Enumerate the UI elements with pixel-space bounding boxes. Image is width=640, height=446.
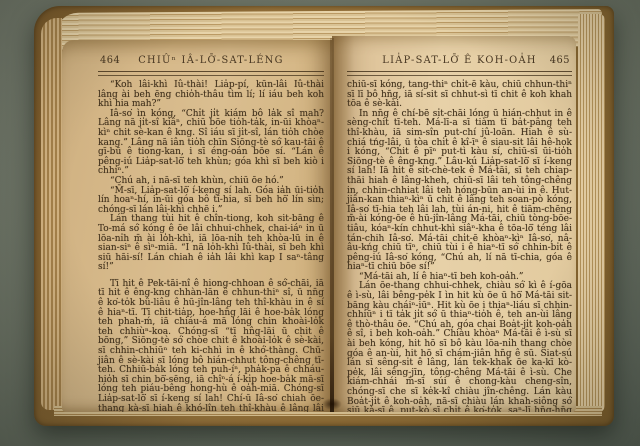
paragraph: In nn̄g ê chí-bē si̍t-chāi lóng ū hián-c… (347, 110, 572, 273)
paragraph: “Koh lâi-khì Iû-thài! Lia̍p-pí, kūn-lâi … (98, 81, 324, 110)
open-book: 464 CHIÛⁿ IÂ-LŌ͘-SAT-LÉNG “Koh lâi-khì I… (34, 6, 614, 426)
paragraph: Lán thang tùi hit ê chîn-tiong, koh sit-… (98, 215, 324, 273)
paragraph: Tī hit ê Pek-tāi-nî ê hiong-chhoan ê só͘… (98, 280, 324, 412)
left-running-title: CHIÛⁿ IÂ-LŌ͘-SAT-LÉNG (138, 55, 284, 66)
right-header-rule (347, 71, 572, 76)
left-page-number: 464 (100, 55, 120, 66)
right-page-content: LIA̍P-SAT-LŌ͘ Ê KOH-OA̍H 465 chiū-sī kón… (347, 55, 572, 412)
book-gutter (330, 38, 334, 412)
left-page-body: “Koh lâi-khì Iû-thài! Lia̍p-pí, kūn-lâi … (98, 81, 324, 412)
right-page-header: LIA̍P-SAT-LŌ͘ Ê KOH-OA̍H 465 (347, 55, 572, 68)
page-edges-left (41, 18, 62, 410)
paragraph: Iâ-so͘ ìn kóng, “Chi̍t ji̍t kiám bô la̍k… (98, 110, 324, 177)
left-page-header: 464 CHIÛⁿ IÂ-LŌ͘-SAT-LÉNG (98, 55, 324, 68)
right-page-number: 465 (550, 55, 570, 66)
right-page-body: chiū-sī kóng, tang-thiⁿ chi̍t-ē kàu, chi… (347, 81, 572, 412)
right-page: LIA̍P-SAT-LŌ͘ Ê KOH-OA̍H 465 chiū-sī kón… (332, 36, 576, 412)
left-header-rule (98, 71, 324, 76)
left-page: 464 CHIÛⁿ IÂ-LŌ͘-SAT-LÉNG “Koh lâi-khì I… (62, 40, 332, 412)
page-edges-right (578, 14, 605, 413)
photo-background: 464 CHIÛⁿ IÂ-LŌ͘-SAT-LÉNG “Koh lâi-khì I… (0, 0, 640, 446)
right-running-title: LIA̍P-SAT-LŌ͘ Ê KOH-OA̍H (382, 55, 536, 66)
gutter-stain (322, 398, 342, 410)
paragraph: Lán ōe-thang chhui-chhek, chiàu só͘ kì ê… (347, 282, 572, 412)
left-page-content: 464 CHIÛⁿ IÂ-LŌ͘-SAT-LÉNG “Koh lâi-khì I… (98, 55, 324, 412)
paragraph: “M̄-sī, Lia̍p-sat-lō͘ í-keng sí lah. Góa… (98, 187, 324, 216)
paragraph: chiū-sī kóng, tang-thiⁿ chi̍t-ē kàu, chi… (347, 81, 572, 110)
